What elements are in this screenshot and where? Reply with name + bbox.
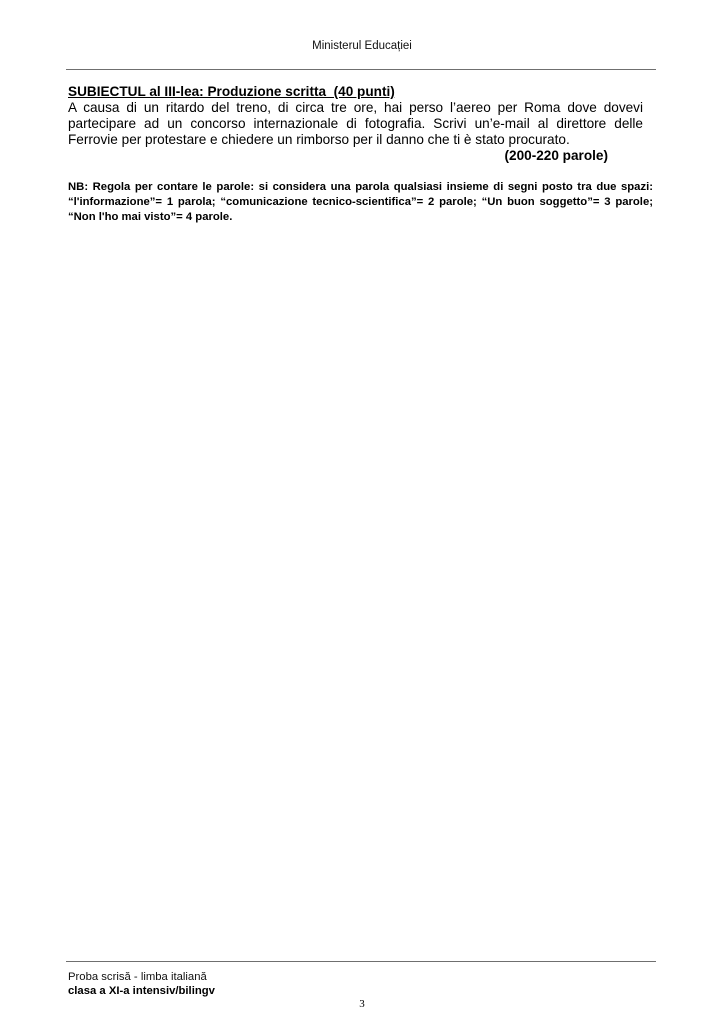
header-divider — [66, 69, 656, 70]
subject-section: SUBIECTUL al III-lea: Produzione scritta… — [68, 84, 643, 164]
subject-prompt: A causa di un ritardo del treno, di circ… — [68, 100, 643, 148]
footer-divider — [66, 961, 656, 962]
page-footer: Proba scrisă - limba italiană clasa a XI… — [68, 971, 215, 998]
page-number: 3 — [0, 998, 724, 1010]
word-count-requirement: (200-220 parole) — [68, 148, 608, 164]
word-counting-note: NB: Regola per contare le parole: si con… — [68, 180, 653, 226]
footer-class-name: clasa a XI-a intensiv/bilingv — [68, 985, 215, 999]
footer-exam-name: Proba scrisă - limba italiană — [68, 971, 215, 985]
page-header-title: Ministerul Educației — [0, 40, 724, 52]
subject-title: SUBIECTUL al III-lea: Produzione scritta… — [68, 84, 643, 100]
